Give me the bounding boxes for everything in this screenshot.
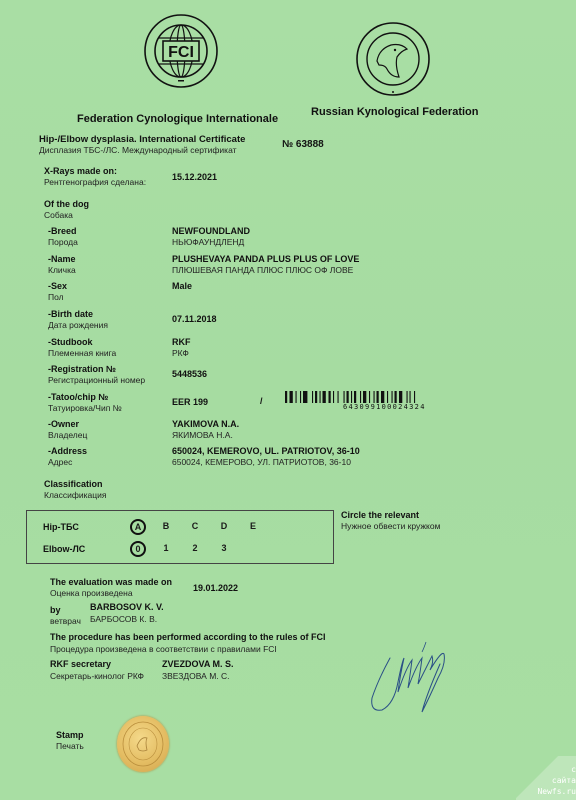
rkf-title: Russian Kynological Federation — [311, 106, 478, 118]
grade-1: 1 — [159, 541, 173, 555]
signature-scribble-icon — [360, 640, 460, 720]
certificate-number: № 63888 — [282, 139, 324, 150]
evaluation-date: 19.01.2022 — [193, 583, 238, 594]
classification-label-en: Classification — [44, 479, 103, 490]
owner-label-en: -Owner — [48, 419, 79, 430]
chip-barcode-number: 643099100024324 — [343, 403, 426, 411]
vet-name-en: BARBOSOV K. V. — [90, 602, 164, 613]
owner-label-ru: Владелец — [48, 430, 87, 441]
watermark-line1: с — [516, 764, 576, 775]
hip-label: Hip-ТБС — [43, 522, 79, 533]
grade-b: B — [159, 519, 173, 533]
birth-date-value: 07.11.2018 — [172, 314, 217, 325]
tattoo-label-ru: Татуировка/Чип № — [48, 403, 122, 414]
by-label-ru: ветврач — [50, 616, 81, 627]
secretary-name-ru: ЗВЕЗДОВА М. С. — [162, 671, 230, 682]
stamp-label-en: Stamp — [56, 730, 84, 741]
birth-date-label-ru: Дата рождения — [48, 320, 108, 331]
site-watermark: с сайта Newfs.ru — [516, 756, 576, 800]
rkf-logo — [355, 21, 431, 97]
secretary-name-en: ZVEZDOVA M. S. — [162, 659, 234, 670]
studbook-value-en: RKF — [172, 337, 191, 348]
grade-d: D — [217, 519, 231, 533]
stamp-emblem-icon — [117, 716, 169, 772]
xray-label-en: X-Rays made on: — [44, 166, 117, 177]
vet-name-ru: БАРБОСОВ К. В. — [90, 614, 157, 625]
barcode-icon — [285, 391, 460, 403]
breed-label-en: -Breed — [48, 226, 77, 237]
watermark-line3: Newfs.ru — [516, 786, 576, 797]
gold-stamp-seal — [117, 716, 169, 772]
owner-value-ru: ЯКИМОВА Н.А. — [172, 430, 233, 441]
name-label-en: -Name — [48, 254, 76, 265]
birth-date-label-en: -Birth date — [48, 309, 93, 320]
procedure-text-ru: Процедура произведена в соответствии с п… — [50, 644, 277, 655]
name-label-ru: Кличка — [48, 265, 76, 276]
name-value-ru: ПЛЮШЕВАЯ ПАНДА ПЛЮС ПЛЮС ОФ ЛОВЕ — [172, 265, 353, 276]
stamp-label-ru: Печать — [56, 741, 84, 752]
registration-value: 5448536 — [172, 369, 207, 380]
signature — [360, 640, 460, 725]
circle-note-ru: Нужное обвести кружком — [341, 521, 440, 532]
fci-title: Federation Cynologique Internationale — [77, 113, 278, 125]
certificate-title-en: Hip-/Elbow dysplasia. International Cert… — [39, 134, 245, 145]
sex-label-en: -Sex — [48, 281, 67, 292]
classification-label-ru: Классификация — [44, 490, 106, 501]
certificate-title-ru: Дисплазия ТБС-/ЛС. Международный сертифи… — [39, 145, 237, 156]
grade-c: C — [188, 519, 202, 533]
address-label-en: -Address — [48, 446, 87, 457]
svg-text:FCI: FCI — [168, 44, 194, 61]
tattoo-separator: / — [260, 396, 263, 407]
chip-barcode — [285, 390, 460, 402]
fci-globe-icon: FCI — [143, 13, 219, 89]
studbook-label-ru: Племенная книга — [48, 348, 116, 359]
grade-a: A — [130, 519, 146, 535]
grade-2: 2 — [188, 541, 202, 555]
sex-label-ru: Пол — [48, 292, 64, 303]
registration-label-en: -Registration № — [48, 364, 116, 375]
name-value-en: PLUSHEVAYA PANDA PLUS PLUS OF LOVE — [172, 254, 359, 265]
evaluation-label-en: The evaluation was made on — [50, 577, 172, 588]
registration-label-ru: Регистрационный номер — [48, 375, 145, 386]
breed-value-en: NEWFOUNDLAND — [172, 226, 250, 237]
breed-value-ru: НЬЮФАУНДЛЕНД — [172, 237, 244, 248]
tattoo-label-en: -Tatoo/chip № — [48, 392, 108, 403]
studbook-label-en: -Studbook — [48, 337, 93, 348]
secretary-label-en: RKF secretary — [50, 659, 111, 670]
studbook-value-ru: РКФ — [172, 348, 189, 359]
tattoo-value: EER 199 — [172, 397, 208, 408]
watermark-line2: сайта — [516, 775, 576, 786]
evaluation-label-ru: Оценка произведена — [50, 588, 133, 599]
dog-section-label-en: Of the dog — [44, 199, 89, 210]
procedure-text-en: The procedure has been performed accordi… — [50, 632, 326, 643]
rkf-dog-head-icon — [355, 21, 431, 97]
owner-value-en: YAKIMOVA N.A. — [172, 419, 239, 430]
by-label-en: by — [50, 605, 61, 616]
secretary-label-ru: Секретарь-кинолог РКФ — [50, 671, 144, 682]
breed-label-ru: Порода — [48, 237, 78, 248]
xray-label-ru: Рентгенография сделана: — [44, 177, 146, 188]
grade-0: 0 — [130, 541, 146, 557]
grade-e: E — [246, 519, 260, 533]
fci-logo: FCI — [143, 13, 219, 89]
address-label-ru: Адрес — [48, 457, 72, 468]
xray-date: 15.12.2021 — [172, 172, 217, 183]
grade-3: 3 — [217, 541, 231, 555]
circle-note-en: Circle the relevant — [341, 510, 419, 521]
address-value-ru: 650024, КЕМЕРОВО, УЛ. ПАТРИОТОВ, 36-10 — [172, 457, 351, 468]
elbow-label: Elbow-ЛС — [43, 544, 85, 555]
classification-box: Hip-ТБС Elbow-ЛС ABCDE 0123 — [26, 510, 334, 564]
dog-section-label-ru: Собака — [44, 210, 73, 221]
sex-value: Male — [172, 281, 192, 292]
address-value-en: 650024, KEMEROVO, UL. PATRIOTOV, 36-10 — [172, 446, 360, 457]
